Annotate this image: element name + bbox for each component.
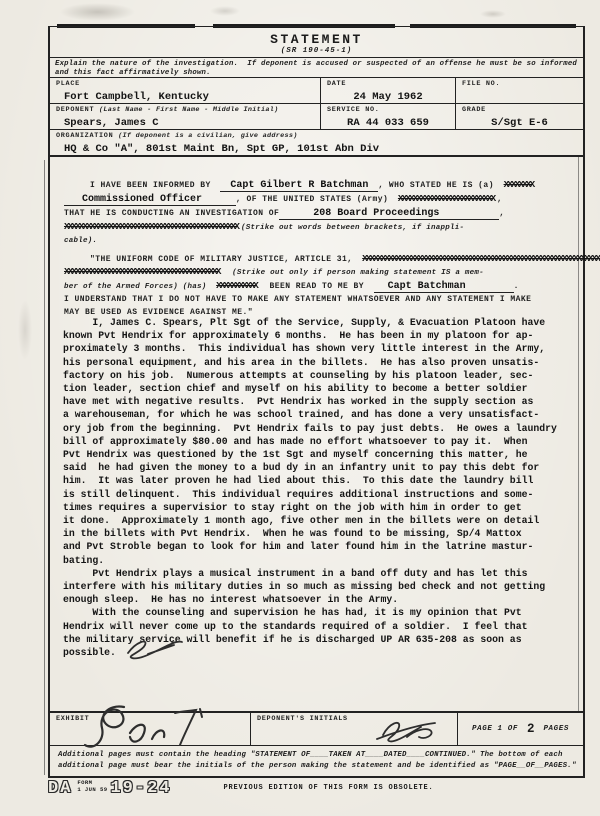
place-value: Fort Campbell, Kentucky	[50, 91, 320, 103]
file-no-label: FILE NO.	[456, 78, 583, 88]
grade-value: S/Sgt E-6	[456, 117, 583, 129]
instruction-row: Explain the nature of the investigation.…	[50, 58, 583, 78]
organization-value: HQ & Co "A", 801st Maint Bn, Spt GP, 101…	[50, 143, 583, 155]
form-header: STATEMENT (SR 190-45-1)	[50, 27, 583, 58]
deponent-label: DEPONENT (Last Name - First Name - Middl…	[50, 104, 320, 114]
page-prefix: PAGE 1 OF	[472, 725, 518, 733]
service-no-label: SERVICE NO.	[321, 104, 455, 114]
form-edition: FORM 1 JUN 59	[77, 780, 107, 793]
grade-label: GRADE	[456, 104, 583, 114]
obsolete-notice: PREVIOUS EDITION OF THIS FORM IS OBSOLET…	[223, 784, 433, 792]
page-count-field: PAGE 1 OF 2 PAGES	[457, 713, 583, 745]
service-no-value: RA 44 033 659	[321, 117, 455, 129]
da-form-prefix: DA	[48, 779, 72, 798]
form-number-footer: DA FORM 1 JUN 59 19-24 PREVIOUS EDITION …	[48, 779, 585, 798]
organization-label-text: ORGANIZATION	[56, 132, 113, 140]
exhibit-label: EXHIBIT	[50, 713, 250, 723]
scan-smudge	[60, 3, 135, 21]
informed-line-5: cable).	[64, 229, 575, 247]
organization-label: ORGANIZATION (If deponent is a civilian,…	[50, 130, 583, 140]
form-title: STATEMENT	[50, 27, 583, 47]
additional-pages-note: Additional pages must contain the headin…	[50, 746, 583, 771]
date-label: DATE	[321, 78, 455, 88]
file-no-field: FILE NO.	[455, 78, 583, 103]
strike-instruction: cable).	[64, 237, 97, 245]
deponent-label-note: (Last Name - First Name - Middle Initial…	[99, 106, 279, 114]
organization-row: ORGANIZATION (If deponent is a civilian,…	[50, 130, 583, 157]
exhibit-field: EXHIBIT	[50, 713, 250, 745]
scan-smudge	[18, 300, 32, 360]
form-regulation-reference: (SR 190-45-1)	[50, 47, 583, 55]
place-label: PLACE	[50, 78, 320, 88]
place-field: PLACE Fort Campbell, Kentucky	[50, 78, 320, 103]
exhibit-row: EXHIBIT DEPONENT'S INITIALS PAGE 1 OF 2 …	[50, 713, 583, 746]
deponent-initials-field: DEPONENT'S INITIALS	[250, 713, 457, 745]
deponent-field: DEPONENT (Last Name - First Name - Middl…	[50, 104, 320, 129]
scan-smudge	[210, 6, 240, 16]
instruction-text: Explain the nature of the investigation.…	[50, 58, 583, 78]
pages-suffix: PAGES	[543, 725, 569, 733]
typed-statement-text: I, James C. Spears, Plt Sgt of the Servi…	[63, 316, 577, 659]
form-number: 19-24	[110, 779, 171, 798]
page-total: 2	[527, 722, 535, 736]
statement-body: I HAVE BEEN INFORMED BY Capt Gilbert R B…	[50, 157, 583, 713]
form-date: 1 JUN 59	[77, 787, 107, 794]
organization-label-note: (If deponent is a civilian, give address…	[118, 132, 298, 140]
deponent-initials-label: DEPONENT'S INITIALS	[251, 713, 457, 723]
date-field: DATE 24 May 1962	[320, 78, 455, 103]
deponent-service-grade-row: DEPONENT (Last Name - First Name - Middl…	[50, 104, 583, 130]
deponent-label-text: DEPONENT	[56, 106, 94, 114]
deponent-value: Spears, James C	[50, 117, 320, 129]
scan-edge-line	[578, 157, 579, 711]
scanned-document-page: STATEMENT (SR 190-45-1) Explain the natu…	[0, 0, 600, 816]
scan-edge-line	[44, 160, 45, 775]
service-no-field: SERVICE NO. RA 44 033 659	[320, 104, 455, 129]
scan-smudge	[480, 10, 506, 18]
statement-form: STATEMENT (SR 190-45-1) Explain the natu…	[48, 26, 585, 778]
additional-pages-note-row: Additional pages must contain the headin…	[50, 746, 583, 779]
place-date-file-row: PLACE Fort Campbell, Kentucky DATE 24 Ma…	[50, 78, 583, 104]
grade-field: GRADE S/Sgt E-6	[455, 104, 583, 129]
date-value: 24 May 1962	[321, 91, 455, 103]
